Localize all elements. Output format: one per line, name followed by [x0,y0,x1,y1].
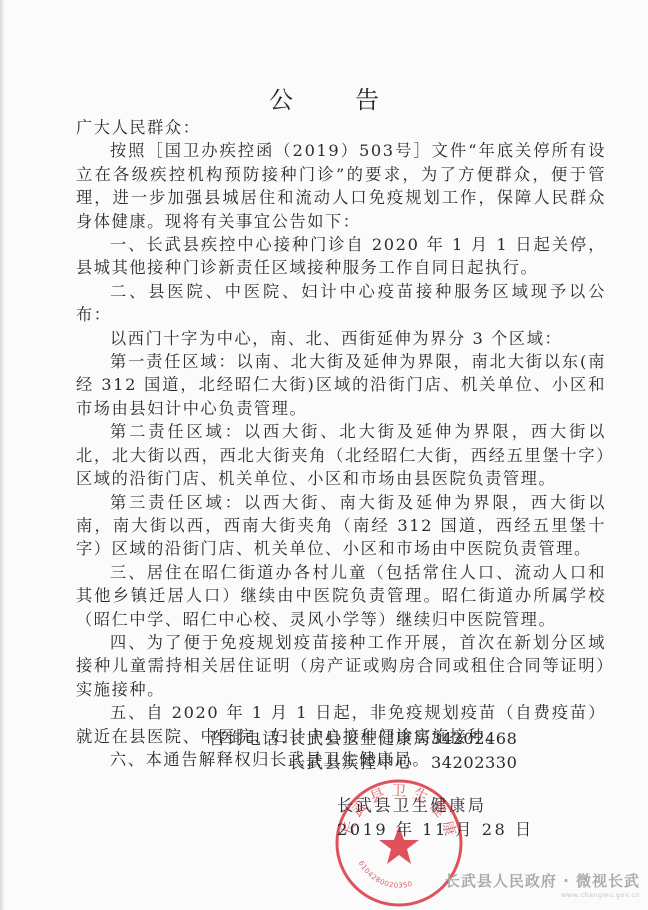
paragraph-item-3: 三、居住在昭仁街道办各村儿童（包括常住人口、流动人口和其他乡镇迁居人口）继续由中… [76,561,606,631]
notice-document: 公告 广大人民群众： 按照［国卫办疾控函（2019）503号］文件“年底关停所有… [0,0,648,910]
paragraph-zones-intro: 以西门十字为中心，南、北、西街延伸为界分 3 个区域： [76,327,606,350]
contact-row: 咨询电话： 长武县卫生健康局 34202468 [209,727,517,751]
salutation: 广大人民群众： [76,116,606,139]
contact-label-spacer [209,751,289,775]
paragraph-zone-2: 第二责任区域：以西大街、北大街及延伸为界限，西大街以北，北大街以西，西北大街夹角… [76,420,606,490]
contact-block: 咨询电话： 长武县卫生健康局 34202468 长武县疾控中心 34202330 [209,727,517,775]
contact-row: 长武县疾控中心 34202330 [209,751,517,775]
contact-phone: 34202330 [431,751,517,775]
watermark: 长武县人民政府 · 微视长武 www.changwu.gov.cn [445,870,640,899]
paragraph-item-1: 一、长武县疾控中心接种门诊自 2020 年 1 月 1 日起关停，县城其他接种门… [76,233,606,280]
watermark-url: www.changwu.gov.cn [445,891,640,899]
contact-org: 长武县卫生健康局 [289,727,431,751]
issuer-name: 长武县卫生健康局 [337,794,534,818]
watermark-title: 长武县人民政府 · 微视长武 [445,870,640,891]
signature-block: 长武县卫生健康局 2019 年 11 月 28 日 [337,794,534,842]
document-title: 公告 [0,80,648,115]
contact-phone: 34202468 [431,727,517,751]
paragraph-intro: 按照［国卫办疾控函（2019）503号］文件“年底关停所有设立在各级疾控机构预防… [76,139,606,233]
contact-label: 咨询电话： [209,727,289,751]
paragraph-zone-3: 第三责任区域：以西大街、南大街及延伸为界限，西大街以南，南大街以西，西南大街夹角… [76,491,606,561]
paragraph-item-4: 四、为了便于免疫规划疫苗接种工作开展，首次在新划分区域接种儿童需持相关居住证明（… [76,631,606,701]
issue-date: 2019 年 11 月 28 日 [337,818,534,842]
svg-text:6104280020350: 6104280020350 [357,859,414,889]
document-body: 广大人民群众： 按照［国卫办疾控函（2019）503号］文件“年底关停所有设立在… [76,116,606,771]
paragraph-zone-1: 第一责任区域：以南、北大街及延伸为界限，南北大街以东(南经 312 国道，北经昭… [76,350,606,420]
contact-org: 长武县疾控中心 [289,751,431,775]
paragraph-item-2: 二、县医院、中医院、妇计中心疫苗接种服务区域现予以公布： [76,280,606,327]
